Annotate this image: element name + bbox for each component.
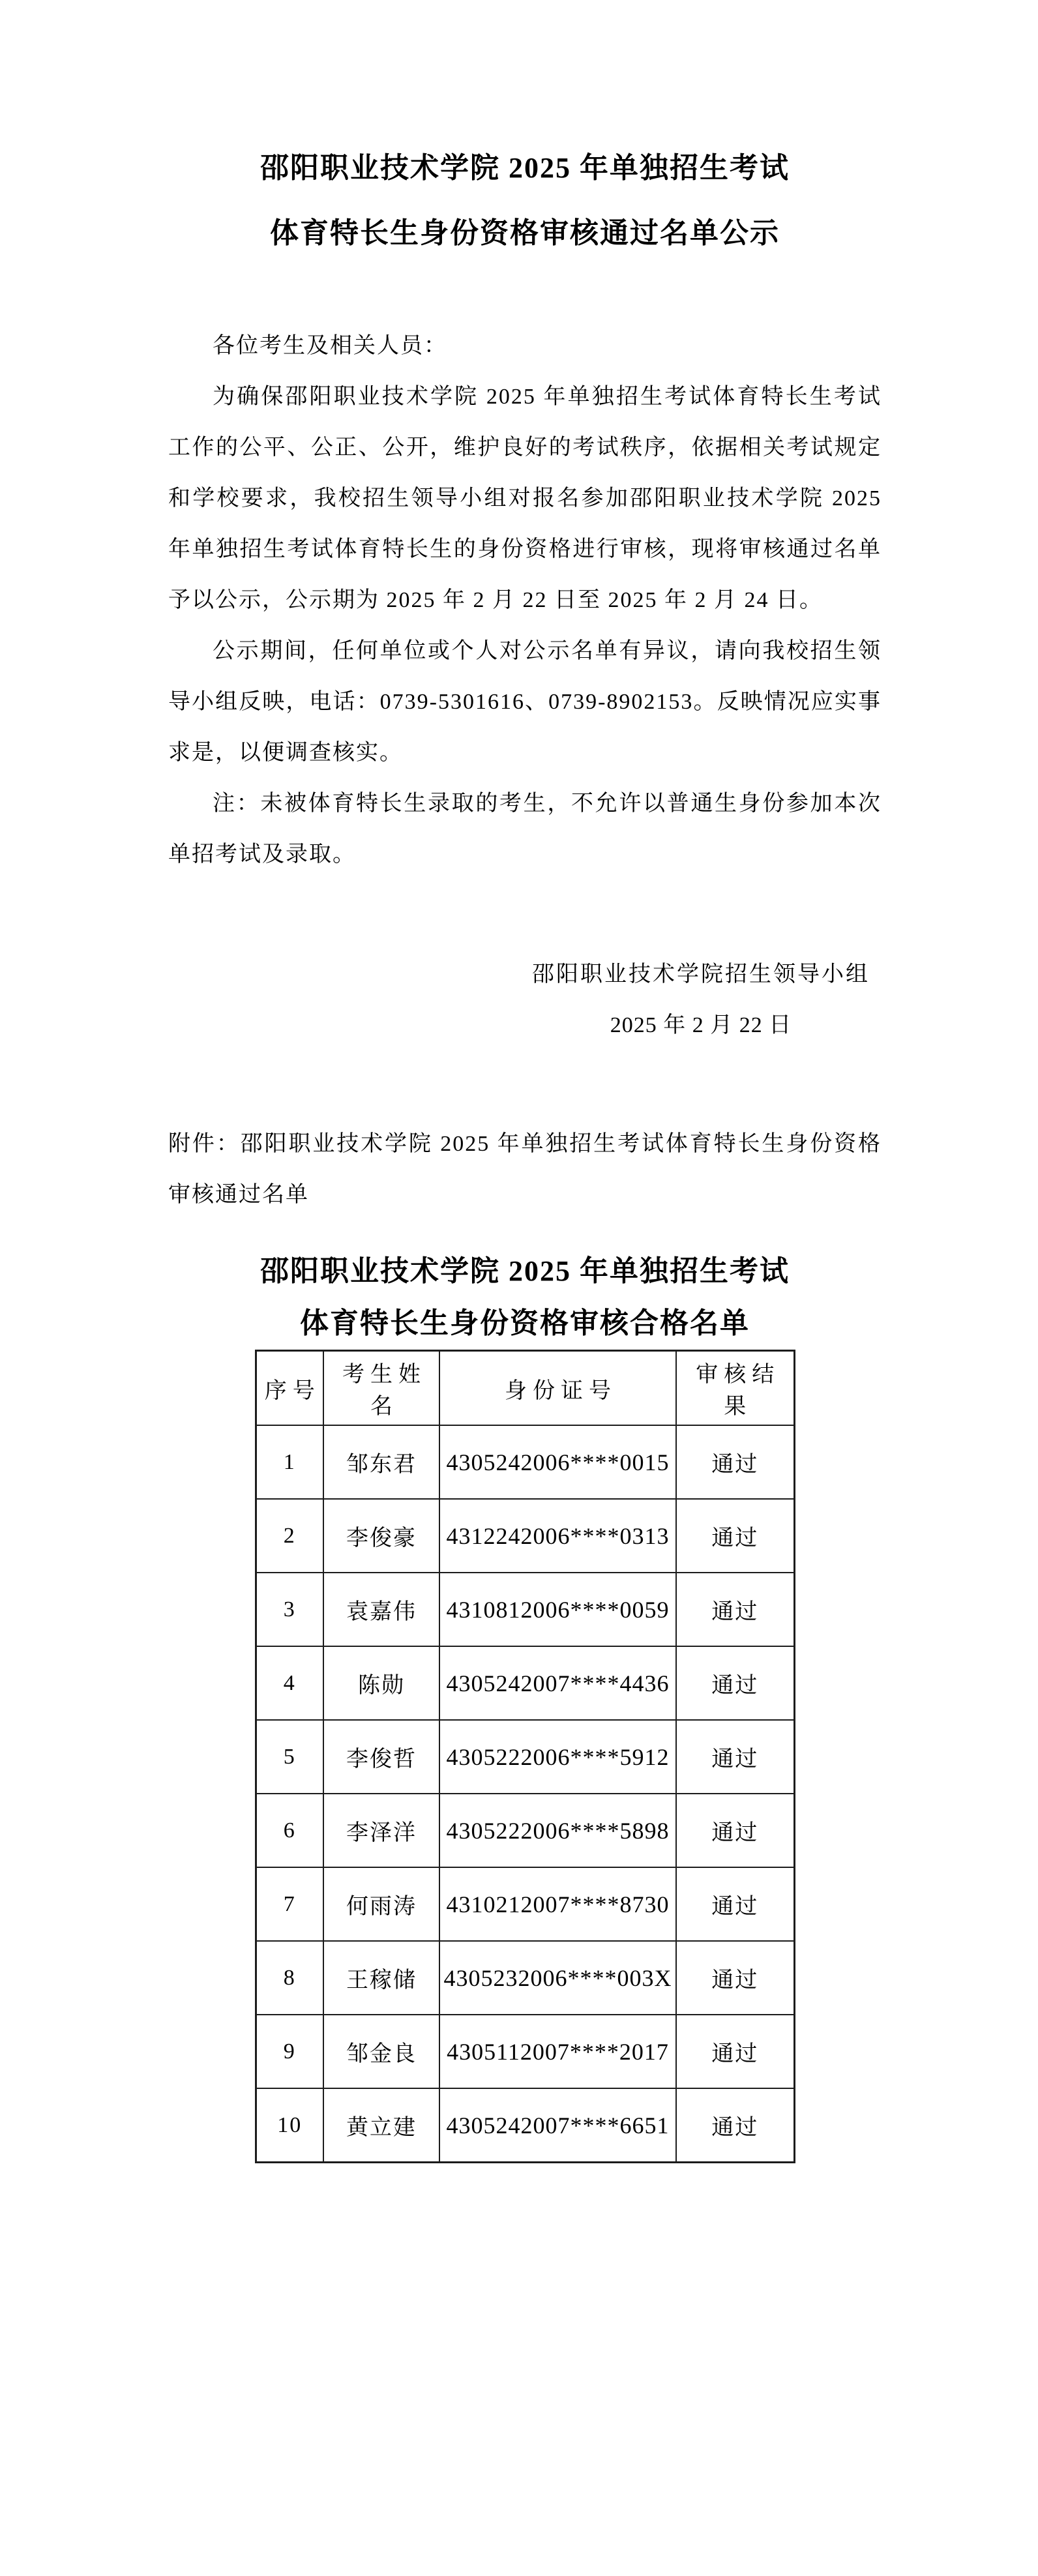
table-row: 6 李泽洋 4305222006****5898 通过 [256,1794,794,1867]
header-serial-number: 序号 [256,1351,323,1426]
paragraph-objection: 公示期间，任何单位或个人对公示名单有异议，请向我校招生领导小组反映，电话：073… [168,626,882,778]
name-cell: 王稼储 [323,1941,439,2015]
header-id-number: 身份证号 [439,1351,676,1426]
table-row: 1 邹东君 4305242006****0015 通过 [256,1425,794,1499]
result-cell: 通过 [676,1573,794,1646]
result-cell: 通过 [676,2015,794,2088]
name-cell: 邹金良 [323,2015,439,2088]
table-row: 5 李俊哲 4305222006****5912 通过 [256,1720,794,1794]
name-cell: 李俊豪 [323,1499,439,1573]
serial-cell: 7 [256,1867,323,1941]
id-cell: 4310812006****0059 [439,1573,676,1646]
list-title: 邵阳职业技术学院 2025 年单独招生考试 体育特长生身份资格审核合格名单 [168,1245,882,1350]
table-row: 8 王稼储 4305232006****003X 通过 [256,1941,794,2015]
name-cell: 黄立建 [323,2088,439,2163]
salutation: 各位考生及相关人员： [168,321,882,372]
qualified-candidates-table: 序号 考生姓名 身份证号 审核结果 1 邹东君 4305242006****00… [255,1350,795,2163]
table-row: 7 何雨涛 4310212007****8730 通过 [256,1867,794,1941]
result-cell: 通过 [676,1794,794,1867]
id-cell: 4312242006****0313 [439,1499,676,1573]
document-body: 各位考生及相关人员： 为确保邵阳职业技术学院 2025 年单独招生考试体育特长生… [168,321,882,880]
serial-cell: 1 [256,1425,323,1499]
table-row: 10 黄立建 4305242007****6651 通过 [256,2088,794,2163]
id-cell: 4305242007****4436 [439,1646,676,1720]
header-review-result: 审核结果 [676,1351,794,1426]
header-candidate-name: 考生姓名 [323,1351,439,1426]
signature-organization: 邵阳职业技术学院招生领导小组 [532,949,870,1000]
name-cell: 何雨涛 [323,1867,439,1941]
id-cell: 4305242007****6651 [439,2088,676,2163]
serial-cell: 6 [256,1794,323,1867]
table-row: 9 邹金良 4305112007****2017 通过 [256,2015,794,2088]
table-header-row: 序号 考生姓名 身份证号 审核结果 [256,1351,794,1426]
table-row: 2 李俊豪 4312242006****0313 通过 [256,1499,794,1573]
serial-cell: 3 [256,1573,323,1646]
result-cell: 通过 [676,2088,794,2163]
paragraph-note: 注：未被体育特长生录取的考生，不允许以普通生身份参加本次单招考试及录取。 [168,778,882,880]
table-row: 4 陈勋 4305242007****4436 通过 [256,1646,794,1720]
result-cell: 通过 [676,1499,794,1573]
list-title-line-2: 体育特长生身份资格审核合格名单 [168,1297,882,1350]
result-cell: 通过 [676,1867,794,1941]
id-cell: 4305232006****003X [439,1941,676,2015]
document-title-line-2: 体育特长生身份资格审核通过名单公示 [168,201,882,266]
list-title-line-1: 邵阳职业技术学院 2025 年单独招生考试 [168,1245,882,1297]
serial-cell: 4 [256,1646,323,1720]
attachment-line: 附件：邵阳职业技术学院 2025 年单独招生考试体育特长生身份资格审核通过名单 [168,1119,882,1221]
signature-block: 邵阳职业技术学院招生领导小组 2025 年 2 月 22 日 [532,949,870,1051]
id-cell: 4305222006****5912 [439,1720,676,1794]
result-cell: 通过 [676,1646,794,1720]
notice-document-page: 邵阳职业技术学院 2025 年单独招生考试 体育特长生身份资格审核通过名单公示 … [0,0,1038,2576]
document-title-line-1: 邵阳职业技术学院 2025 年单独招生考试 [168,136,882,201]
id-cell: 4305222006****5898 [439,1794,676,1867]
document-title: 邵阳职业技术学院 2025 年单独招生考试 体育特长生身份资格审核通过名单公示 [168,0,882,266]
signature-date: 2025 年 2 月 22 日 [532,1000,870,1051]
paragraph-overview: 为确保邵阳职业技术学院 2025 年单独招生考试体育特长生考试工作的公平、公正、… [168,372,882,626]
name-cell: 李泽洋 [323,1794,439,1867]
result-cell: 通过 [676,1425,794,1499]
name-cell: 李俊哲 [323,1720,439,1794]
id-cell: 4310212007****8730 [439,1867,676,1941]
id-cell: 4305242006****0015 [439,1425,676,1499]
table-row: 3 袁嘉伟 4310812006****0059 通过 [256,1573,794,1646]
serial-cell: 10 [256,2088,323,2163]
result-cell: 通过 [676,1720,794,1794]
name-cell: 袁嘉伟 [323,1573,439,1646]
result-cell: 通过 [676,1941,794,2015]
document-content: 邵阳职业技术学院 2025 年单独招生考试 体育特长生身份资格审核通过名单公示 … [168,0,882,2163]
name-cell: 邹东君 [323,1425,439,1499]
id-cell: 4305112007****2017 [439,2015,676,2088]
serial-cell: 5 [256,1720,323,1794]
name-cell: 陈勋 [323,1646,439,1720]
serial-cell: 2 [256,1499,323,1573]
serial-cell: 8 [256,1941,323,2015]
serial-cell: 9 [256,2015,323,2088]
